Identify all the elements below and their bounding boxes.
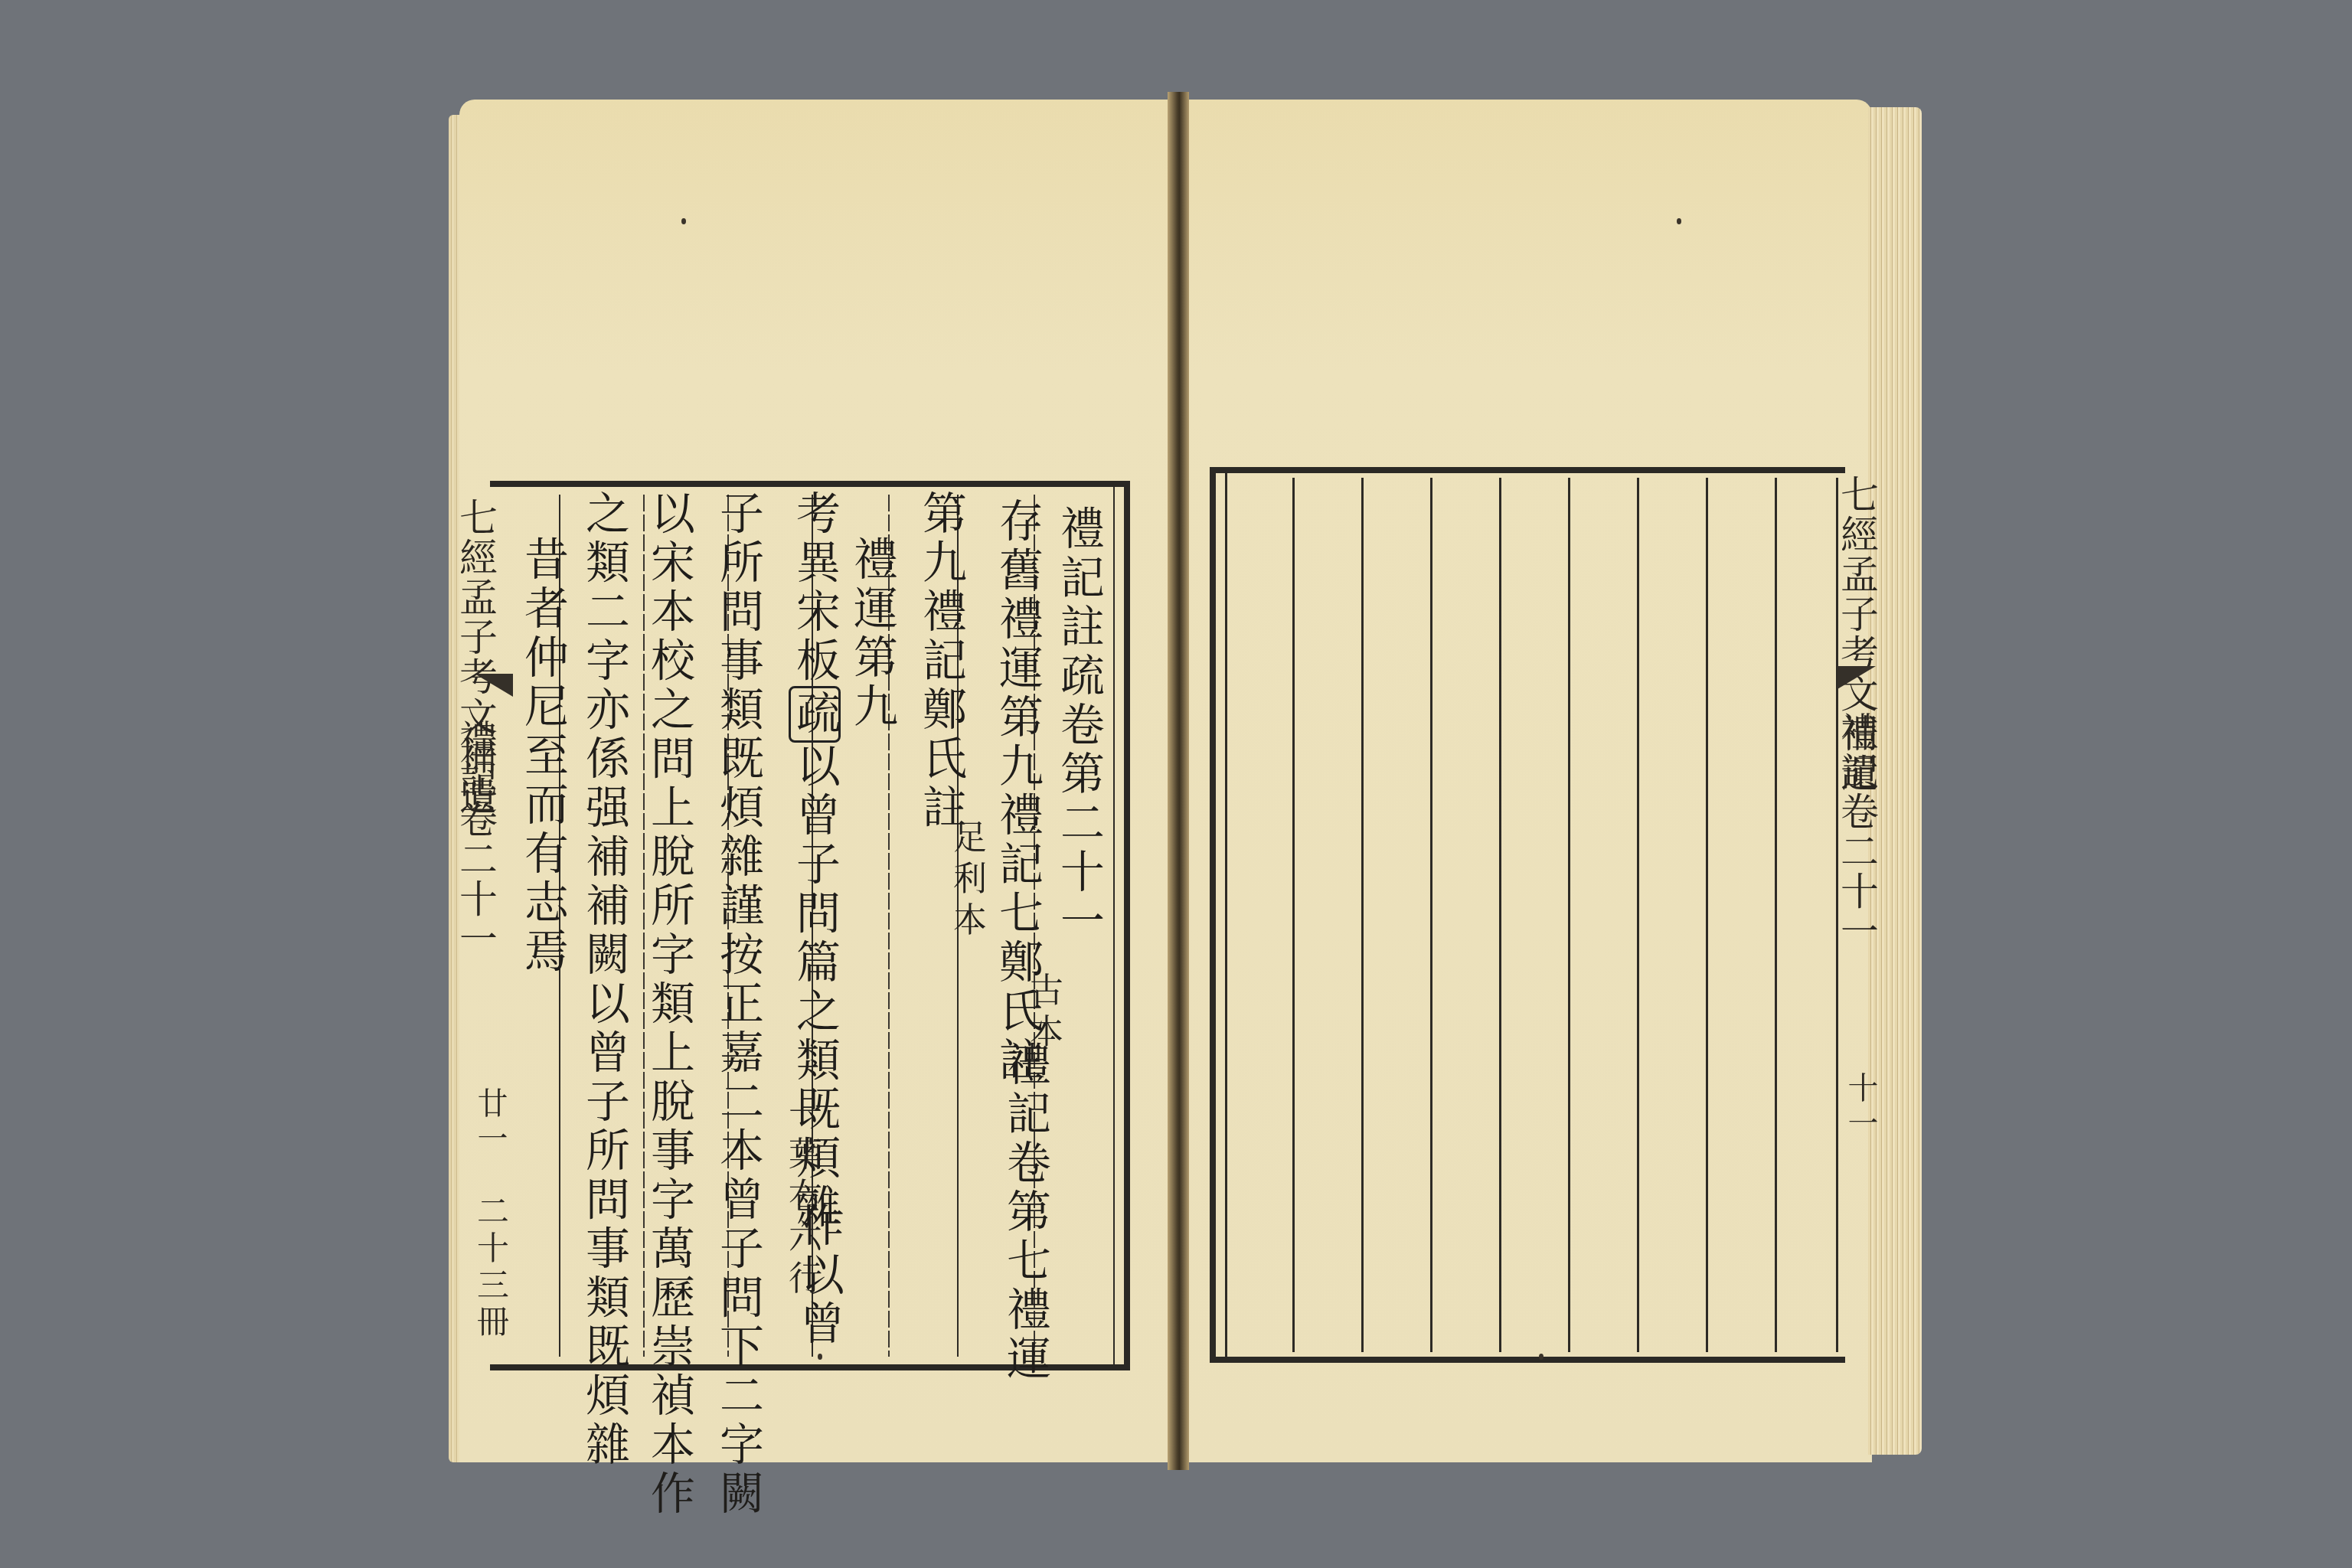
text-column-6: 子所問事類既煩雜謹按正嘉二本曾子問下二字闕	[716, 490, 760, 1519]
binding-hole-mark	[1677, 218, 1681, 224]
binding-hole-mark	[681, 218, 686, 224]
right-banxin-section: 禮記卷二十一	[1837, 712, 1876, 951]
column-rule	[1430, 478, 1432, 1352]
banxin-leaf-number: 廿一	[475, 1087, 505, 1158]
frame-inner-rule	[1225, 473, 1227, 1357]
shu-commentary-mark: 疏	[789, 686, 841, 743]
column-rule	[1499, 478, 1501, 1352]
binding-hole-mark	[1539, 1354, 1543, 1360]
text-column-4: 禮運第九	[850, 536, 894, 732]
open-book: 七經孟子考文補遺 禮記卷二十一 廿一 二十三冊 禮記註疏卷第二十一 存舊禮運第九…	[0, 0, 2352, 1568]
right-page-frame	[1210, 467, 1845, 1363]
text-column-1: 禮記註疏卷第二十一	[1057, 505, 1101, 946]
column-rule	[1706, 478, 1708, 1352]
kaoyi-label: 考異宋板	[789, 490, 841, 686]
text-column-7: 以宋本校之問上脫所字類上脫事字萬歷崇禎本作	[647, 490, 691, 1519]
column-rule	[1775, 478, 1777, 1352]
column-rule	[1292, 478, 1295, 1352]
text-column-2-continuation: 禮記卷第七禮運	[1003, 1041, 1047, 1384]
book-gutter	[1168, 92, 1189, 1470]
column-rule	[1637, 478, 1639, 1352]
column-rule	[1361, 478, 1364, 1352]
banxin-section: 禮記卷二十一	[456, 720, 495, 959]
banxin-volume-number: 二十三冊	[475, 1194, 507, 1341]
fish-tail-mark-icon	[475, 674, 513, 697]
text-column-8: 之類二字亦係强補補闕以曾子所問事類既煩雜	[582, 490, 626, 1470]
right-banxin-leaf-number: 十一	[1845, 1072, 1876, 1142]
text-column-3-note: 足利本	[949, 819, 983, 943]
binding-hole-mark	[818, 1354, 822, 1360]
text-column-5-continuation: 作以曾	[796, 1202, 841, 1349]
column-rule	[1568, 478, 1570, 1352]
fish-tail-mark-icon	[1837, 666, 1876, 689]
text-column-9: 昔者仲尼至而有志焉	[521, 536, 565, 977]
text-column-3: 第九禮記鄭氏註	[919, 490, 963, 833]
